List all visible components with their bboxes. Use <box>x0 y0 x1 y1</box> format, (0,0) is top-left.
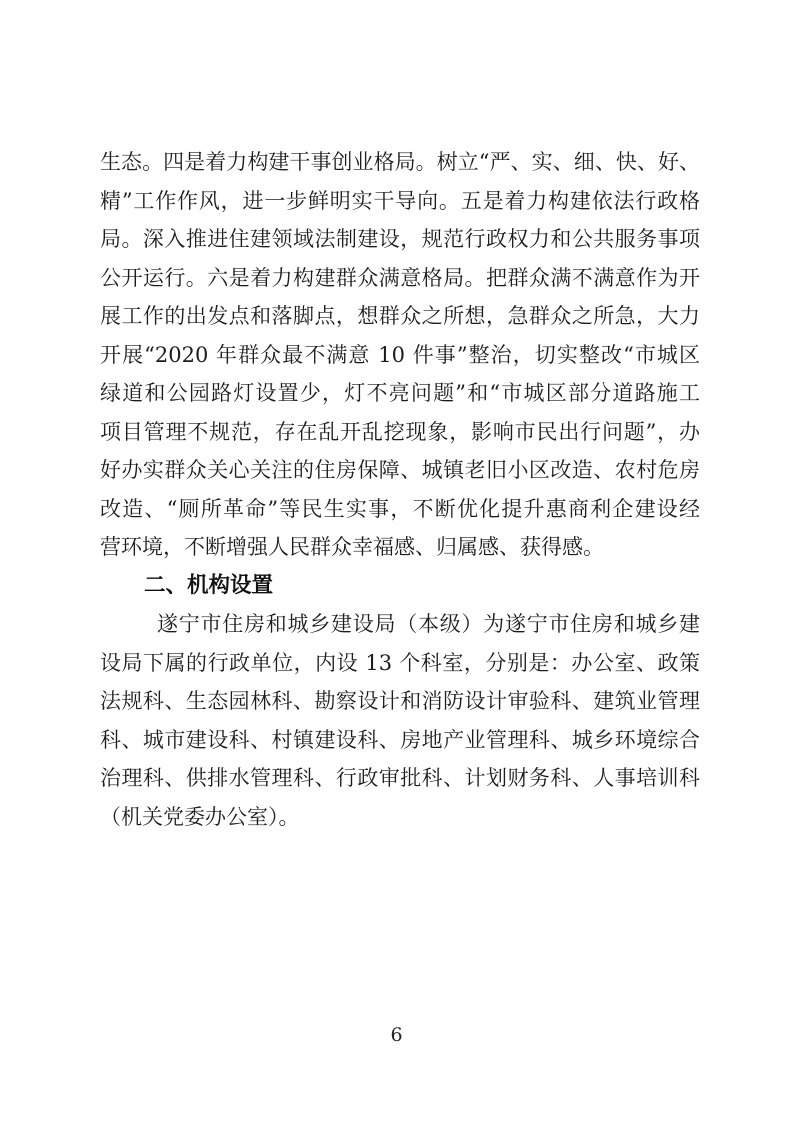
text-line: 好办实群众关心关注的住房保障、城镇老旧小区改造、农村危房 <box>100 451 700 490</box>
text-line: 改造、“厕所革命”等民生实事，不断优化提升惠商利企建设经 <box>100 490 700 529</box>
text-line: 科、城市建设科、村镇建设科、房地产业管理科、城乡环境综合 <box>100 721 700 760</box>
text-line: 局。深入推进住建领域法制建设，规范行政权力和公共服务事项 <box>100 220 700 259</box>
text-line: 治理科、供排水管理科、行政审批科、计划财务科、人事培训科 <box>100 759 700 798</box>
text-line: （机关党委办公室）。 <box>100 798 700 837</box>
section-heading-organization-setup: 二、机构设置 <box>100 567 700 606</box>
text-line: 遂宁市住房和城乡建设局（本级）为遂宁市住房和城乡建 <box>100 605 700 644</box>
text-line: 绿道和公园路灯设置少，灯不亮问题”和“市城区部分道路施工 <box>100 374 700 413</box>
document-body: 生态。四是着力构建干事创业格局。树立“严、实、细、快、好、 精”工作作风，进一步… <box>100 143 700 836</box>
text-line: 开展“2020 年群众最不满意 10 件事”整治，切实整改“市城区 <box>100 336 700 375</box>
paragraph-organization-setup: 遂宁市住房和城乡建设局（本级）为遂宁市住房和城乡建 设局下属的行政单位，内设 1… <box>100 605 700 836</box>
text-line: 项目管理不规范，存在乱开乱挖现象，影响市民出行问题”，办 <box>100 413 700 452</box>
text-line: 法规科、生态园林科、勘察设计和消防设计审验科、建筑业管理 <box>100 682 700 721</box>
text-line: 设局下属的行政单位，内设 13 个科室，分别是：办公室、政策 <box>100 644 700 683</box>
text-line: 公开运行。六是着力构建群众满意格局。把群众满不满意作为开 <box>100 259 700 298</box>
text-line: 营环境，不断增强人民群众幸福感、归属感、获得感。 <box>100 528 700 567</box>
text-line: 生态。四是着力构建干事创业格局。树立“严、实、细、快、好、 <box>100 143 700 182</box>
document-page: 生态。四是着力构建干事创业格局。树立“严、实、细、快、好、 精”工作作风，进一步… <box>0 0 793 1122</box>
page-number: 6 <box>0 1021 793 1049</box>
text-line: 精”工作作风，进一步鲜明实干导向。五是着力构建依法行政格 <box>100 182 700 221</box>
paragraph-work-patterns: 生态。四是着力构建干事创业格局。树立“严、实、细、快、好、 精”工作作风，进一步… <box>100 143 700 567</box>
text-line: 展工作的出发点和落脚点，想群众之所想，急群众之所急，大力 <box>100 297 700 336</box>
